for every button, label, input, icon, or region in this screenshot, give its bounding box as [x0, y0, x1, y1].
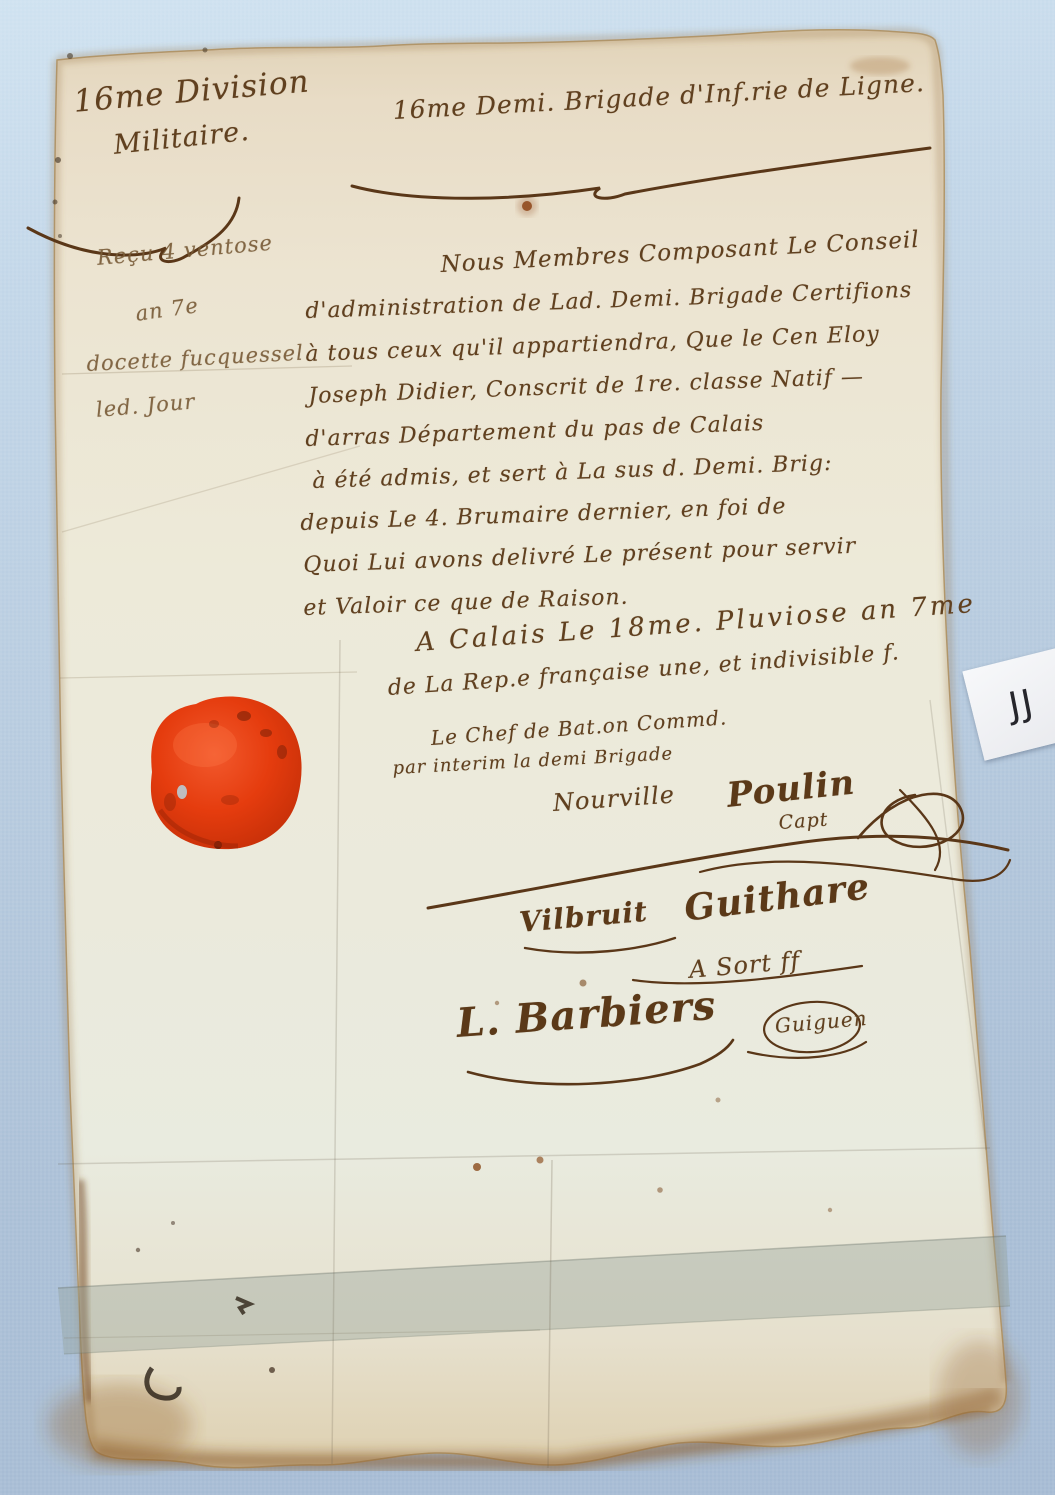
jj-label-text: JJ	[1006, 681, 1039, 726]
photo-of-manuscript: 16me Division Militaire. 16me Demi. Brig…	[0, 0, 1055, 1495]
wax-seal	[151, 697, 302, 850]
signature-poulin-title: Capt	[778, 809, 829, 834]
manuscript-artwork	[0, 0, 1055, 1495]
